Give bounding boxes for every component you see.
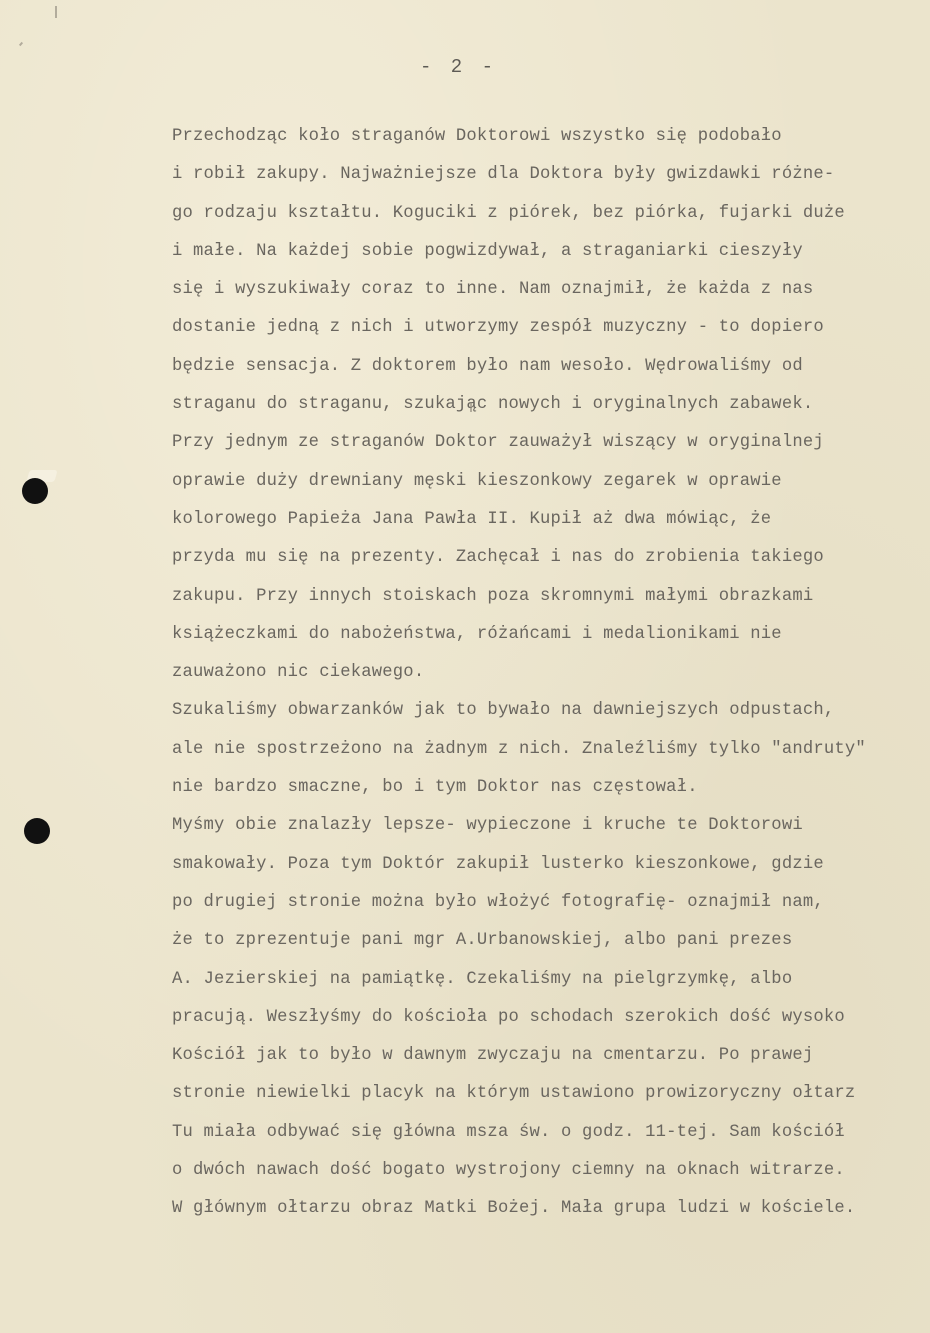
text-line: A. Jezierskiej na pamiątkę. Czekaliśmy n… (172, 967, 930, 1005)
text-line: ale nie spostrzeżono na żadnym z nich. Z… (172, 737, 930, 775)
text-line: że to zprezentuje pani mgr A.Urbanowskie… (172, 928, 930, 966)
text-line: po drugiej stronie można było włożyć fot… (172, 890, 930, 928)
text-line: nie bardzo smaczne, bo i tym Doktor nas … (172, 775, 930, 813)
text-line: Myśmy obie znalazły lepsze- wypieczone i… (172, 813, 930, 851)
paper-speck (55, 6, 57, 18)
punch-hole-icon (22, 478, 48, 504)
text-line: Kościół jak to było w dawnym zwyczaju na… (172, 1043, 930, 1081)
text-line: o dwóch nawach dość bogato wystrojony ci… (172, 1158, 930, 1196)
text-line: Tu miała odbywać się główna msza św. o g… (172, 1120, 930, 1158)
text-line: stronie niewielki placyk na którym ustaw… (172, 1081, 930, 1119)
paper-speck (470, 402, 472, 412)
text-line: będzie sensacja. Z doktorem było nam wes… (172, 354, 930, 392)
text-line: zauważono nic ciekawego. (172, 660, 930, 698)
text-line: przyda mu się na prezenty. Zachęcał i na… (172, 545, 930, 583)
text-line: smakowały. Poza tym Doktór zakupił luste… (172, 852, 930, 890)
text-line: pracują. Weszłyśmy do kościoła po schoda… (172, 1005, 930, 1043)
text-line: książeczkami do nabożeństwa, różańcami i… (172, 622, 930, 660)
punch-hole-icon (24, 818, 50, 844)
text-line: Przechodząc koło straganów Doktorowi wsz… (172, 124, 930, 162)
body-text: Przechodząc koło straganów Doktorowi wsz… (172, 124, 930, 1235)
text-line: go rodzaju kształtu. Koguciki z piórek, … (172, 201, 930, 239)
page-number: - 2 - (420, 56, 497, 78)
text-line: się i wyszukiwały coraz to inne. Nam ozn… (172, 277, 930, 315)
text-line: dostanie jedną z nich i utworzymy zespół… (172, 315, 930, 353)
text-line: kolorowego Papieża Jana Pawła II. Kupił … (172, 507, 930, 545)
text-line: Przy jednym ze straganów Doktor zauważył… (172, 430, 930, 468)
text-line: i małe. Na każdej sobie pogwizdywał, a s… (172, 239, 930, 277)
text-line: zakupu. Przy innych stoiskach poza skrom… (172, 584, 930, 622)
text-line: i robił zakupy. Najważniejsze dla Doktor… (172, 162, 930, 200)
text-line: oprawie duży drewniany męski kieszonkowy… (172, 469, 930, 507)
text-line: W głównym ołtarzu obraz Matki Bożej. Mał… (172, 1196, 930, 1234)
text-line: straganu do straganu, szukając nowych i … (172, 392, 930, 430)
text-line: Szukaliśmy obwarzanków jak to bywało na … (172, 698, 930, 736)
